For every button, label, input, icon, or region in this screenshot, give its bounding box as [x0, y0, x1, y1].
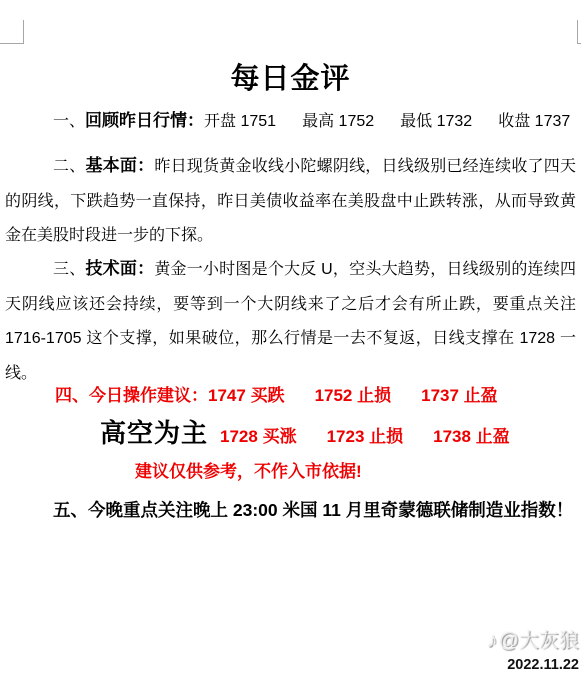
doc-title: 每日金评 — [5, 57, 576, 101]
watermark: ♪@大灰狼 2022.11.22 — [487, 629, 579, 677]
advice-pair-sell: 1747 买跌 — [208, 386, 285, 405]
section-review: 一、回顾昨日行情：开盘 1751最高 1752最低 1732收盘 1737 — [5, 104, 576, 139]
stat-label: 收盘 — [498, 113, 530, 130]
watermark-date: 2022.11.22 — [487, 653, 579, 677]
advice-value: 1737 — [421, 386, 459, 405]
strategy-label: 高空为主 — [100, 418, 208, 448]
section-watchlist: 五、今晚重点关注晚上 23:00 米国 11 月里奇蒙德联储制造业指数！ — [5, 491, 576, 530]
stat-close: 收盘 1737 — [498, 113, 570, 130]
stat-high: 最高 1752 — [302, 113, 374, 130]
strategy-pair-stoploss: 1723 止损 — [327, 427, 404, 446]
disclaimer-text: 建议仅供参考，不作入市依据! — [5, 459, 581, 485]
margin-corner-mark-top-right — [577, 20, 581, 44]
technical-colon: ： — [137, 259, 154, 278]
margin-corner-mark-top-left — [0, 20, 24, 44]
watermark-handle-row: ♪@大灰狼 — [487, 629, 579, 653]
douyin-note-icon: ♪ — [486, 629, 499, 653]
advice-pair-stoploss: 1752 止损 — [315, 386, 392, 405]
review-number: 一、 — [53, 113, 85, 130]
strategy-pair-label: 买涨 — [263, 427, 297, 446]
watchlist-number: 五、 — [53, 500, 88, 520]
review-colon: ： — [187, 111, 204, 130]
technical-body: 黄金一小时图是个大反 U，空头大趋势，日线级别的连续四天阴线应该还会持续，要等到… — [5, 261, 576, 382]
section-advice: 四、今日操作建议：1747 买跌1752 止损1737 止盈 — [5, 383, 581, 409]
stat-label: 最高 — [302, 113, 334, 130]
stat-open: 开盘 1751 — [204, 113, 276, 130]
strategy-pair-buy: 1728 买涨 — [220, 427, 297, 446]
strategy-pair-takeprofit: 1738 止盈 — [433, 427, 510, 446]
stat-value: 1732 — [437, 113, 473, 130]
section-strategy: 高空为主1728 买涨1723 止损1738 止盈 — [5, 414, 581, 456]
stat-label: 开盘 — [204, 113, 236, 130]
watermark-handle: @大灰狼 — [499, 630, 579, 652]
section-technical: 三、技术面：黄金一小时图是个大反 U，空头大趋势，日线级别的连续四天阴线应该还会… — [5, 252, 576, 391]
stat-value: 1737 — [535, 113, 571, 130]
technical-number: 三、 — [53, 261, 85, 278]
advice-label: 止盈 — [464, 386, 498, 405]
fundamentals-colon: ： — [137, 156, 154, 175]
strategy-value: 1723 — [327, 427, 365, 446]
fundamentals-heading: 基本面 — [85, 156, 137, 175]
fundamentals-number: 二、 — [53, 158, 85, 175]
advice-pair-takeprofit: 1737 止盈 — [421, 386, 498, 405]
technical-heading: 技术面 — [85, 259, 137, 278]
advice-label: 买跌 — [251, 386, 285, 405]
stat-low: 最低 1732 — [400, 113, 472, 130]
section-fundamentals: 二、基本面：昨日现货黄金收线小陀螺阴线，日线级别已经连续收了四天的阴线，下跌趋势… — [5, 149, 576, 254]
advice-heading: 四、今日操作建议： — [55, 386, 208, 405]
strategy-value: 1738 — [433, 427, 471, 446]
stat-value: 1752 — [339, 113, 375, 130]
advice-value: 1747 — [208, 386, 246, 405]
strategy-pair-label: 止盈 — [476, 427, 510, 446]
strategy-pair-label: 止损 — [369, 427, 403, 446]
watchlist-body: 今晚重点关注晚上 23:00 米国 11 月里奇蒙德联储制造业指数！ — [88, 500, 573, 520]
document-page: 每日金评 一、回顾昨日行情：开盘 1751最高 1752最低 1732收盘 17… — [0, 0, 581, 683]
advice-value: 1752 — [315, 386, 353, 405]
strategy-value: 1728 — [220, 427, 258, 446]
review-heading: 回顾昨日行情 — [85, 111, 187, 130]
stat-label: 最低 — [400, 113, 432, 130]
advice-label: 止损 — [357, 386, 391, 405]
stat-value: 1751 — [240, 113, 276, 130]
